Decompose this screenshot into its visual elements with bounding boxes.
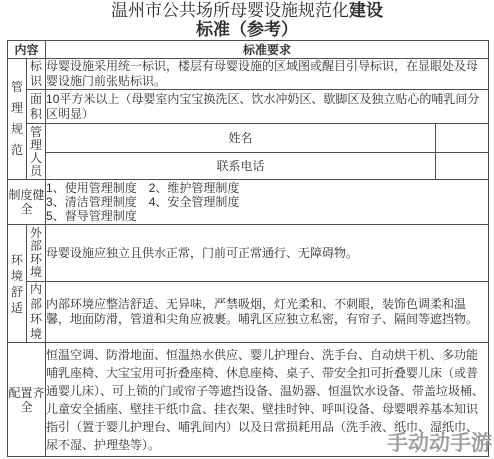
group-label-management: 管理规范 bbox=[8, 59, 27, 180]
row-environment-external: 环境舒适 外部环境 母婴设施应独立且供水正常，门前可正常通行、无障碍物。 bbox=[8, 225, 489, 282]
cell-internal-text: 内部环境应整洁舒适、无异味，严禁吸烟，灯光柔和、不刺眼，装饰色调柔和温馨，地面防… bbox=[46, 282, 489, 343]
row-staff-phone: 联系电话 bbox=[8, 153, 489, 180]
header-cell-content: 内容 bbox=[8, 41, 46, 59]
group-label-institution: 制度健全 bbox=[8, 180, 46, 225]
document-title: 温州市公共场所母婴设施规范化建设 标准（参考） bbox=[0, 1, 494, 39]
row-institution: 制度健全 1、使用管理制度 2、维护管理制度 3、清洁管理制度 4、安全管理制度… bbox=[8, 180, 489, 225]
cell-staff-name-label: 姓名 bbox=[46, 124, 436, 153]
group-label-environment: 环境舒适 bbox=[8, 225, 27, 343]
cell-institution-text: 1、使用管理制度 2、维护管理制度 3、清洁管理制度 4、安全管理制度 5、督导… bbox=[46, 180, 489, 225]
group-label-equipment: 配置齐全 bbox=[8, 343, 46, 457]
row-area: 面积 10平方米以上（母婴室内宝宝换洗区、饮水冲奶区、歇脚区及独立贴心的哺乳间分… bbox=[8, 90, 489, 124]
institution-line-2: 3、清洁管理制度 4、安全管理制度 bbox=[46, 195, 488, 209]
row-label-internal: 内部环境 bbox=[27, 282, 46, 343]
row-label-staff: 管理人员 bbox=[27, 124, 46, 180]
cell-staff-phone-label: 联系电话 bbox=[46, 153, 436, 180]
watermark-text: 手动动手游 bbox=[387, 433, 492, 454]
title-line-1: 温州市公共场所母婴设施规范化建设 bbox=[0, 1, 494, 20]
row-label-external: 外部环境 bbox=[27, 225, 46, 282]
row-staff-name: 管理人员 姓名 bbox=[8, 124, 489, 153]
cell-area-text: 10平方米以上（母婴室内宝宝换洗区、饮水冲奶区、歇脚区及独立贴心的哺乳间分区明显… bbox=[46, 90, 489, 124]
institution-line-3: 5、督导管理制度 bbox=[46, 209, 488, 223]
header-row: 内容 标准要求 bbox=[8, 41, 489, 59]
cell-staff-phone-blank bbox=[436, 153, 489, 180]
title-line1-bold: 建设 bbox=[349, 1, 383, 20]
cell-external-text: 母婴设施应独立且供水正常，门前可正常通行、无障碍物。 bbox=[46, 225, 489, 282]
cell-signage-text: 母婴设施采用统一标识，楼层有母婴设施的区域图或醒目引导标识，在显眼处及母婴设施门… bbox=[46, 59, 489, 90]
row-environment-internal: 内部环境 内部环境应整洁舒适、无异味，严禁吸烟，灯光柔和、不刺眼，装饰色调柔和温… bbox=[8, 282, 489, 343]
title-line1-regular: 温州市公共场所母婴设施规范化 bbox=[111, 1, 349, 20]
title-line-2: 标准（参考） bbox=[0, 20, 494, 39]
cell-staff-name-blank bbox=[436, 124, 489, 153]
row-label-signage: 标识 bbox=[27, 59, 46, 90]
row-signage: 管理规范 标识 母婴设施采用统一标识，楼层有母婴设施的区域图或醒目引导标识，在显… bbox=[8, 59, 489, 90]
institution-line-1: 1、使用管理制度 2、维护管理制度 bbox=[46, 181, 488, 195]
standards-table: 内容 标准要求 管理规范 标识 母婴设施采用统一标识，楼层有母婴设施的区域图或醒… bbox=[7, 40, 489, 457]
row-label-area: 面积 bbox=[27, 90, 46, 124]
header-cell-requirement: 标准要求 bbox=[46, 41, 489, 59]
